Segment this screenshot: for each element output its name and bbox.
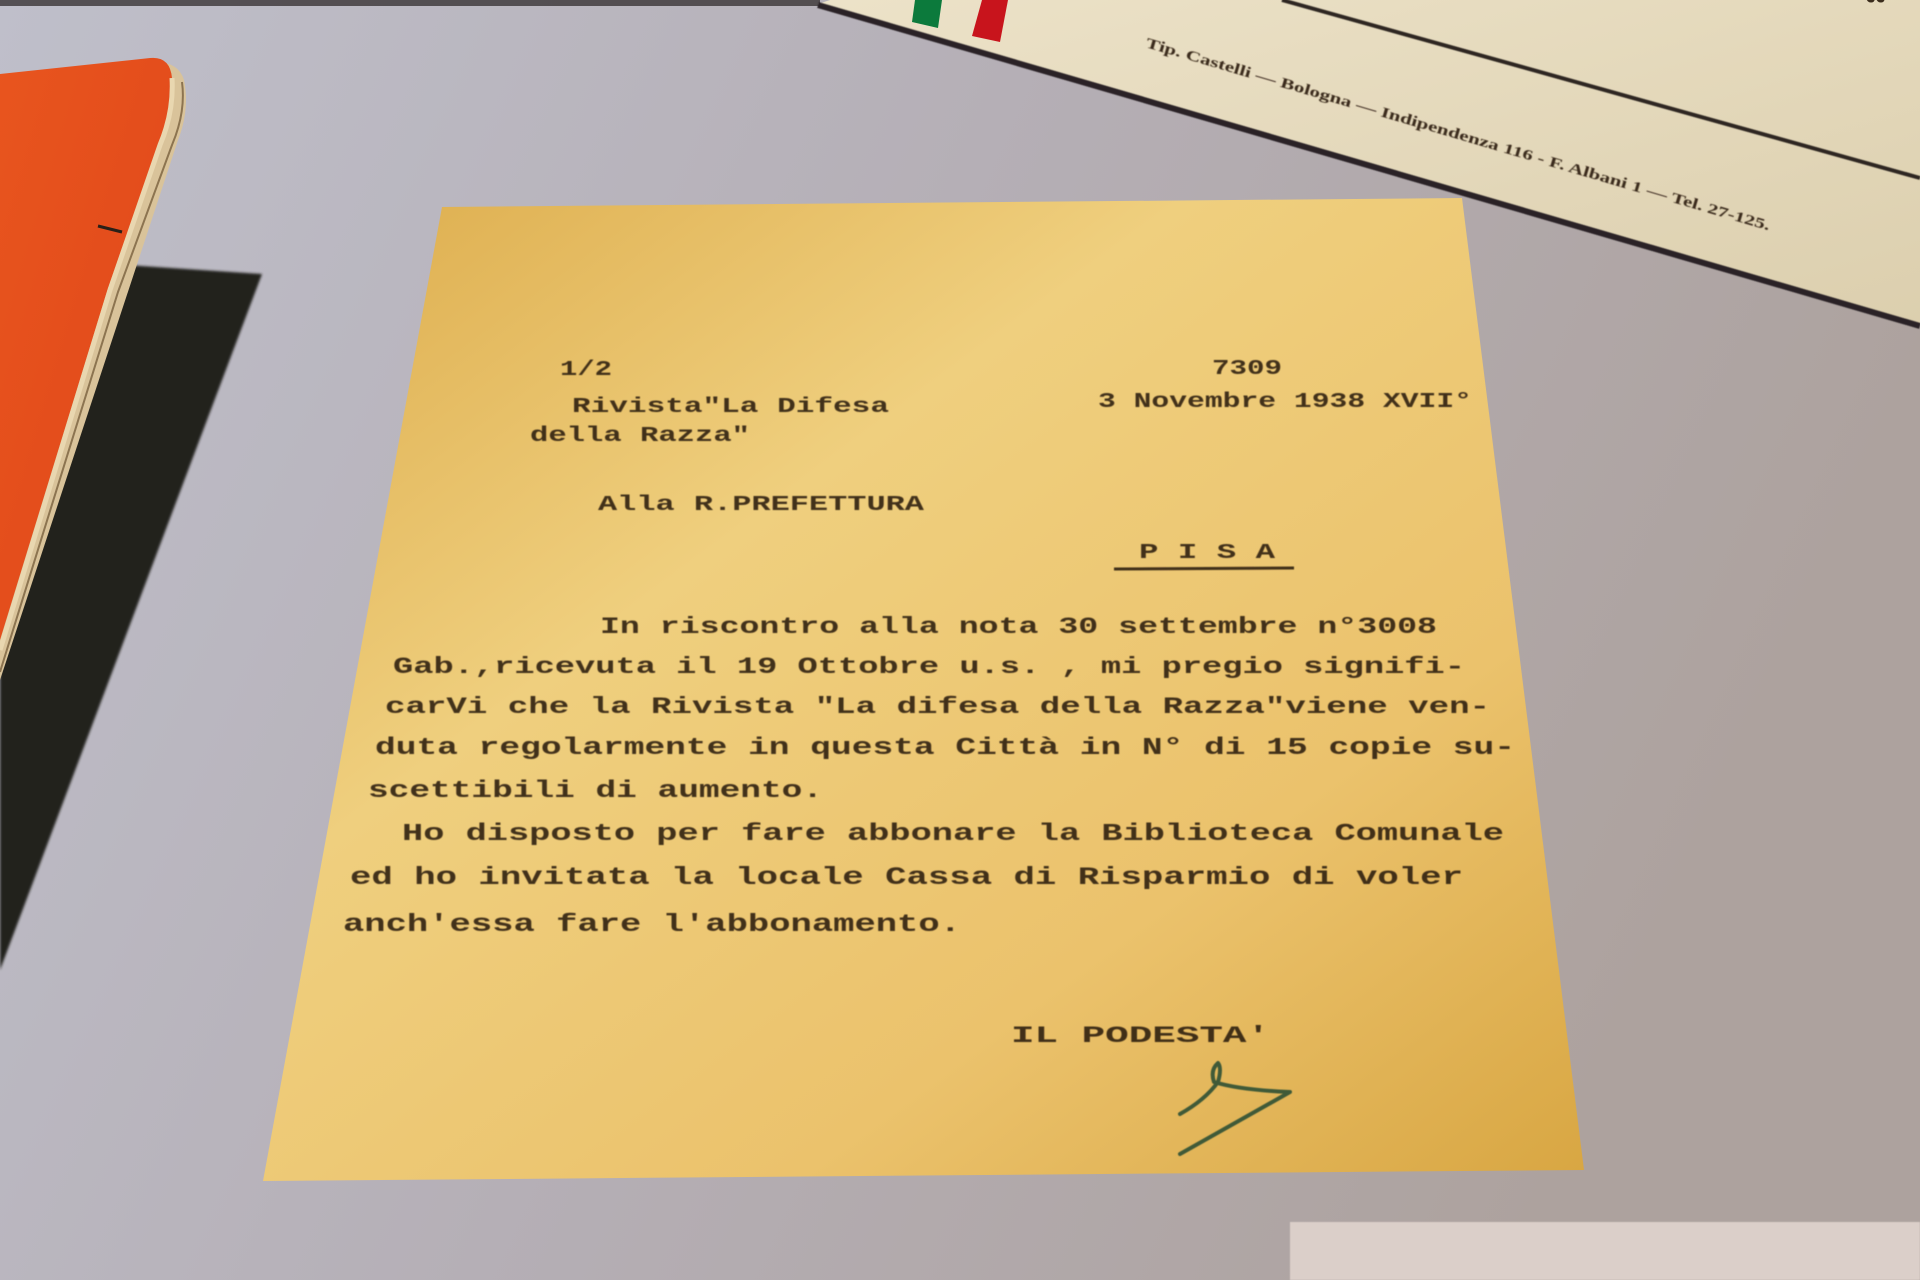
letter-sender-line2: della Razza" [530, 425, 750, 448]
museum-display-scene: Tip. Castelli — Bologna — Indipendenza 1… [0, 0, 1920, 1280]
letter-body-line: anch'essa fare l'abbonamento. [343, 910, 961, 939]
white-card [1290, 1222, 1920, 1280]
top-dark-strip [0, 0, 820, 6]
letter-recipient: Alla R.PREFETTURA [598, 494, 925, 517]
letter-body-line: In riscontro alla nota 30 settembre n°30… [600, 614, 1437, 640]
letter-body-line: Ho disposto per fare abbonare la Bibliot… [402, 821, 1504, 848]
letter-body-line: ed ho invitata la locale Cassa di Rispar… [350, 863, 1463, 892]
letter-page-number: 1/2 [560, 359, 612, 382]
letter-sender-line1: Rivista"La Difesa [572, 396, 890, 419]
letter-signature-title: IL PODESTA' [1011, 1023, 1270, 1049]
letter-protocol-number: 7309 [1212, 358, 1282, 381]
letter-body-line: duta regolarmente in questa Città in N° … [375, 735, 1515, 762]
letter-body-line: scettibili di aumento. [368, 778, 823, 805]
letter-date: 3 Novembre 1938 XVII° [1098, 391, 1472, 414]
letter-city: P I S A [1139, 542, 1276, 565]
letter-body-line: Gab.,ricevuta il 19 Ottobre u.s. , mi pr… [393, 654, 1465, 680]
letter-body-line: carVi che la Rivista "La difesa della Ra… [385, 694, 1490, 720]
typed-letter: 1/2 7309 Rivista"La Difesa 3 Novembre 19… [263, 198, 1584, 1181]
letter-city-underline [1114, 568, 1294, 569]
letter-paper [263, 198, 1584, 1181]
certificate-quote-glyph: “ [1862, 0, 1886, 31]
